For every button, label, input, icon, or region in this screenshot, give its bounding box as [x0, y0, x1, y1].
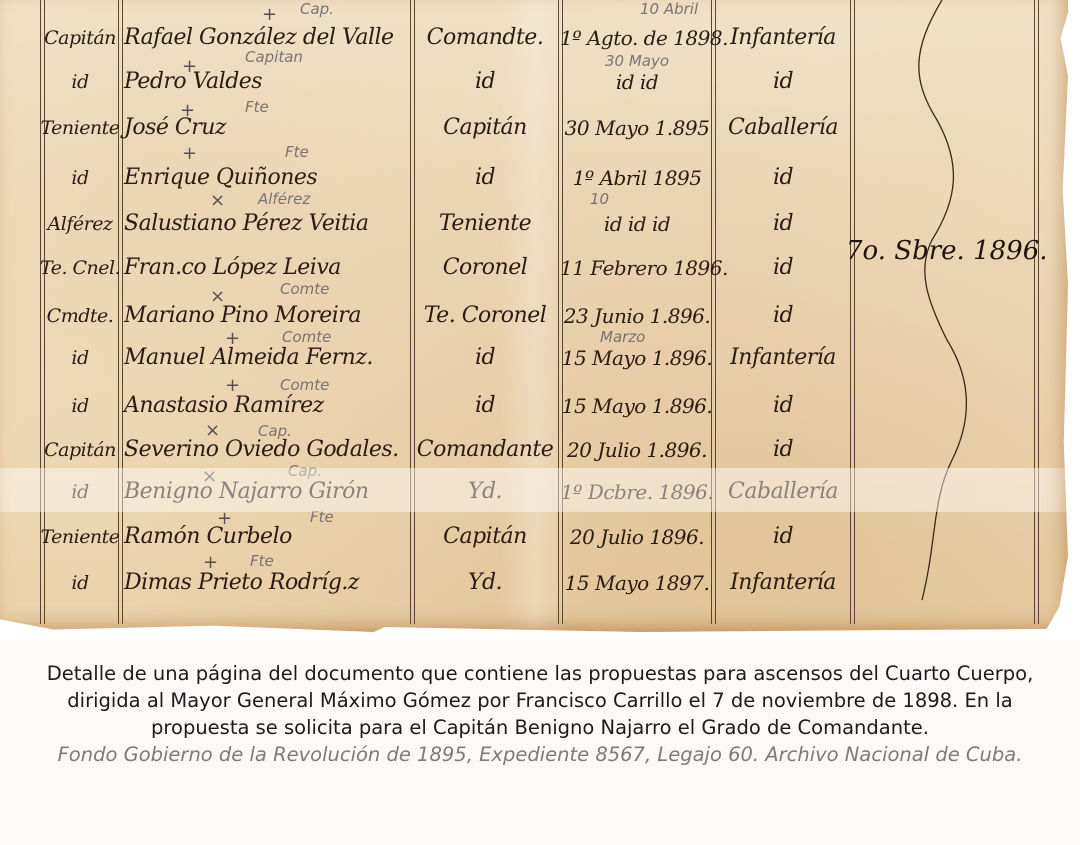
proposed-rank-cell: Comandte. — [412, 16, 558, 60]
rank-cell: id — [40, 336, 120, 380]
name-cell: Mariano Pino Moreira — [122, 294, 412, 338]
pencil-annotation: Fte — [250, 552, 274, 570]
pencil-annotation: Cap. — [300, 0, 334, 18]
date-cell: 23 Junio 1.896. — [560, 294, 714, 338]
ledger-row: Teniente José Cruz Capitán 30 Mayo 1.895… — [0, 106, 1068, 150]
pencil-annotation: 10 Abril — [640, 0, 698, 18]
pencil-annotation: Cap. — [258, 422, 292, 440]
rank-cell: Capitán — [40, 16, 120, 60]
rank-cell: Te. Cnel. — [40, 246, 120, 290]
rank-cell: Alférez — [40, 202, 120, 246]
pencil-annotation: Fte — [310, 508, 334, 526]
arm-cell: Caballería — [715, 470, 851, 514]
date-cell: 20 Julio 1896. — [560, 515, 714, 559]
ledger-row: id Manuel Almeida Fernz. id 15 Mayo 1.89… — [0, 336, 1068, 380]
column-rule — [558, 0, 559, 624]
date-cell: 1º Agto. de 1898. — [560, 16, 714, 60]
name-cell: Benigno Najarro Girón — [122, 470, 412, 514]
date-cell: 15 Mayo 1.896. — [560, 336, 714, 380]
rank-cell: Teniente — [40, 106, 120, 150]
name-cell: Anastasio Ramírez — [122, 384, 412, 428]
date-cell: 1º Dcbre. 1896. — [560, 470, 714, 514]
rank-cell: id — [40, 470, 120, 514]
rank-cell: id — [40, 60, 120, 104]
pencil-cross-mark: × — [205, 420, 220, 441]
arm-cell: Infantería — [715, 16, 851, 60]
name-cell: Enrique Quiñones — [122, 156, 412, 200]
proposed-rank-cell: id — [412, 156, 558, 200]
proposed-rank-cell: Yd. — [412, 470, 558, 514]
ledger-row: Teniente Ramón Curbelo Capitán 20 Julio … — [0, 515, 1068, 559]
column-rule — [715, 0, 716, 624]
date-cell: 30 Mayo 1.895 — [560, 106, 714, 150]
margin-date-note: 7o. Sbre. 1896. — [846, 236, 1048, 266]
column-rule — [414, 0, 415, 624]
proposed-rank-cell: Capitán — [412, 106, 558, 150]
proposed-rank-cell: Comandante — [412, 428, 558, 472]
column-rule — [850, 0, 851, 624]
proposed-rank-cell: id — [412, 60, 558, 104]
name-cell: Rafael González del Valle — [122, 16, 412, 60]
image-caption: Detalle de una página del documento que … — [0, 660, 1080, 768]
pencil-annotation: Cap. — [288, 462, 322, 480]
name-cell: Salustiano Pérez Veitia — [122, 202, 412, 246]
proposed-rank-cell: Te. Coronel — [412, 294, 558, 338]
ledger-row: id Enrique Quiñones id 1º Abril 1895 id — [0, 156, 1068, 200]
pencil-annotation: Alférez — [258, 190, 310, 208]
pencil-annotation: 10 — [590, 190, 609, 208]
rank-cell: id — [40, 384, 120, 428]
proposed-rank-cell: id — [412, 336, 558, 380]
rank-cell: id — [40, 561, 120, 605]
date-cell: id id id — [560, 202, 714, 246]
pencil-cross-mark: + — [225, 328, 240, 349]
proposed-rank-cell: id — [412, 384, 558, 428]
pencil-cross-mark: × — [210, 286, 225, 307]
photo-glare — [0, 468, 1068, 512]
column-rule — [711, 0, 712, 624]
caption-description: Detalle de una página del documento que … — [22, 660, 1058, 741]
arm-cell: id — [715, 60, 851, 104]
arm-cell: id — [715, 246, 851, 290]
name-cell: José Cruz — [122, 106, 412, 150]
date-cell: 20 Julio 1.896. — [560, 428, 714, 472]
pencil-annotation: Comte — [280, 376, 329, 394]
arm-cell: id — [715, 156, 851, 200]
pencil-annotation: Comte — [280, 280, 329, 298]
column-rule — [1038, 0, 1039, 624]
arm-cell: id — [715, 515, 851, 559]
ledger-row: Capitán Severino Oviedo Godales. Comanda… — [0, 428, 1068, 472]
column-rule — [118, 0, 119, 624]
rank-cell: Cmdte. — [40, 294, 120, 338]
proposed-rank-cell: Capitán — [412, 515, 558, 559]
arm-cell: id — [715, 384, 851, 428]
caption-source: Fondo Gobierno de la Revolución de 1895,… — [22, 741, 1058, 768]
column-rule — [854, 0, 855, 624]
name-cell: Manuel Almeida Fernz. — [122, 336, 412, 380]
pencil-cross-mark: × — [202, 466, 217, 487]
name-cell: Pedro Valdes — [122, 60, 412, 104]
pencil-cross-mark: + — [182, 56, 197, 77]
document-photo: Capitán Rafael González del Valle Comand… — [0, 0, 1080, 640]
rank-cell: Teniente — [40, 515, 120, 559]
pencil-cross-mark: + — [217, 508, 232, 529]
pencil-cross-mark: + — [262, 4, 277, 25]
arm-cell: id — [715, 428, 851, 472]
arm-cell: Caballería — [715, 106, 851, 150]
pencil-cross-mark: + — [225, 375, 240, 396]
ledger-row: id Dimas Prieto Rodríg.z Yd. 15 Mayo 189… — [0, 561, 1068, 605]
arm-cell: id — [715, 202, 851, 246]
paper-fold — [500, 0, 570, 632]
arm-cell: Infantería — [715, 561, 851, 605]
pencil-annotation: 30 Mayo — [605, 52, 669, 70]
date-cell: 11 Febrero 1896. — [560, 246, 714, 290]
pencil-cross-mark: + — [180, 100, 195, 121]
name-cell: Fran.co López Leiva — [122, 246, 412, 290]
bracket-curve — [852, 0, 992, 632]
column-rule — [1034, 0, 1035, 624]
proposed-rank-cell: Yd. — [412, 561, 558, 605]
ledger-row-highlighted: id Benigno Najarro Girón Yd. 1º Dcbre. 1… — [0, 470, 1068, 514]
pencil-annotation: Fte — [245, 98, 269, 116]
column-rule — [562, 0, 563, 624]
pencil-cross-mark: × — [210, 190, 225, 211]
arm-cell: id — [715, 294, 851, 338]
pencil-cross-mark: + — [203, 552, 218, 573]
ledger-row: Capitán Rafael González del Valle Comand… — [0, 16, 1068, 60]
column-rule — [122, 0, 123, 624]
name-cell: Ramón Curbelo — [122, 515, 412, 559]
column-rule — [40, 0, 41, 624]
date-cell: id id — [560, 60, 714, 104]
date-cell: 15 Mayo 1.896. — [560, 384, 714, 428]
pencil-annotation: Fte — [285, 143, 309, 161]
pencil-annotation: Capitan — [245, 48, 303, 66]
column-rule — [44, 0, 45, 624]
proposed-rank-cell: Coronel — [412, 246, 558, 290]
ledger-row: id Pedro Valdes id id id id — [0, 60, 1068, 104]
ledger-row: Cmdte. Mariano Pino Moreira Te. Coronel … — [0, 294, 1068, 338]
ledger-row: id Anastasio Ramírez id 15 Mayo 1.896. i… — [0, 384, 1068, 428]
ledger-row: Alférez Salustiano Pérez Veitia Teniente… — [0, 202, 1068, 246]
name-cell: Dimas Prieto Rodríg.z — [122, 561, 412, 605]
column-rule — [410, 0, 411, 624]
arm-cell: Infantería — [715, 336, 851, 380]
ledger-paper: Capitán Rafael González del Valle Comand… — [0, 0, 1068, 632]
rank-cell: id — [40, 156, 120, 200]
ledger-row: Te. Cnel. Fran.co López Leiva Coronel 11… — [0, 246, 1068, 290]
pencil-cross-mark: + — [182, 143, 197, 164]
name-cell: Severino Oviedo Godales. — [122, 428, 412, 472]
proposed-rank-cell: Teniente — [412, 202, 558, 246]
pencil-annotation: Marzo — [600, 328, 645, 346]
rank-cell: Capitán — [40, 428, 120, 472]
pencil-annotation: Comte — [282, 328, 331, 346]
date-cell: 15 Mayo 1897. — [560, 561, 714, 605]
date-cell: 1º Abril 1895 — [560, 156, 714, 200]
